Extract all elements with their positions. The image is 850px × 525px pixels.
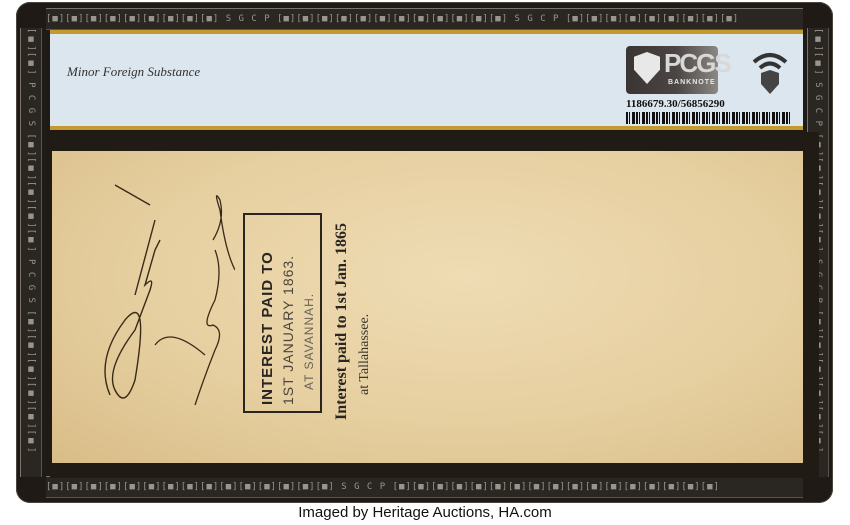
- stamp-line-2: 1ST JANUARY 1863.: [280, 255, 296, 405]
- grade-note: Minor Foreign Substance: [67, 64, 200, 80]
- image-credit: Imaged by Heritage Auctions, HA.com: [0, 504, 850, 521]
- pcgs-banknote-logo: PCGS BANKNOTE: [626, 46, 718, 94]
- slab-border-top: [■][■][■][■][■][■][■][■][■] S G C P [■][…: [46, 8, 803, 30]
- shield-icon: [634, 52, 660, 84]
- slab-label: Minor Foreign Substance PCGS BANKNOTE 11…: [50, 30, 803, 130]
- nfc-shield-icon: [750, 48, 790, 96]
- border-pattern: [■][■] P C G S [■][■][■][■][■] P C G S […: [21, 28, 41, 477]
- logo-brand: PCGS: [664, 48, 730, 79]
- stamp-line-1: INTEREST PAID TO: [259, 251, 276, 405]
- slab-border-left: [■][■] P C G S [■][■][■][■][■] P C G S […: [20, 28, 42, 477]
- interest-stamp-tallahassee-line-2: at Tallahassee.: [357, 314, 373, 395]
- barcode: [626, 112, 790, 124]
- handwritten-date: Sept 5/62: [95, 180, 235, 420]
- border-pattern: [■][■][■][■][■][■][■][■][■] S G C P [■][…: [46, 9, 803, 29]
- logo-subtitle: BANKNOTE: [668, 79, 716, 86]
- slab-border-bottom: [■][■][■][■][■][■][■][■][■][■][■][■][■][…: [46, 476, 803, 498]
- stamp-line-3: AT SAVANNAH.: [302, 293, 316, 390]
- border-pattern: [■][■][■][■][■][■][■][■][■][■][■][■][■][…: [46, 477, 803, 497]
- interest-stamp-tallahassee-line-1: Interest paid to 1st Jan. 1865: [333, 223, 351, 420]
- cert-number: 1186679.30/56856290: [626, 98, 725, 110]
